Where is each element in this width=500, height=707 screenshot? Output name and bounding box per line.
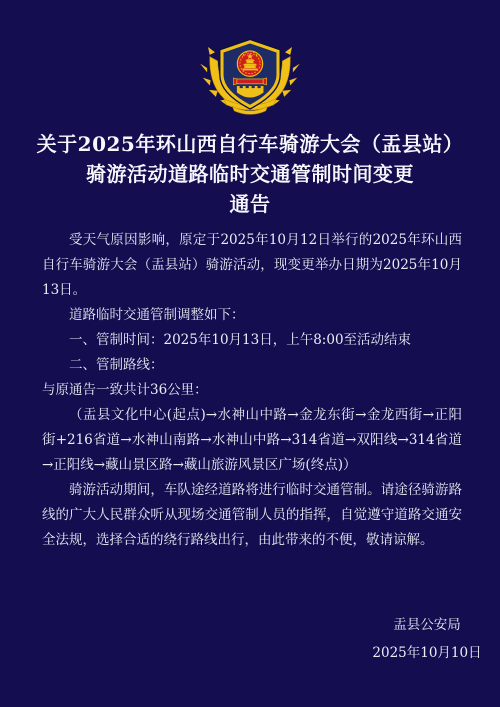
paragraph-route-detail: （盂县文化中心(起点)→水神山中路→金龙东街→金龙西街→正阳街+216省道→水神… [42, 403, 462, 478]
police-badge-svg [195, 33, 305, 117]
paragraph-adjustment-intro: 道路临时交通管制调整如下： [42, 303, 462, 328]
issuing-agency: 盂县公安局 [362, 611, 492, 639]
police-badge-icon [195, 33, 305, 117]
paragraph-apology: 骑游活动期间，车队途经道路将进行临时交通管制。请途径骑游路线的广大人民群众听从现… [42, 478, 462, 553]
title-line-3: 通告 [0, 189, 500, 219]
paragraph-change-announcement: 受天气原因影响，原定于2025年10月12日举行的2025年环山西自行车骑游大会… [42, 228, 462, 303]
title-line-2: 骑游活动道路临时交通管制时间变更 [0, 159, 500, 189]
notice-title: 关于2025年环山西自行车骑游大会（盂县站） 骑游活动道路临时交通管制时间变更 … [0, 129, 500, 219]
paragraph-control-route-heading: 二、管制路线： [42, 353, 462, 378]
paragraph-control-time: 一、管制时间：2025年10月13日，上午8:00至活动结束 [42, 328, 462, 353]
paragraph-route-length: 与原通告一致共计36公里： [42, 378, 462, 403]
notice-body: 受天气原因影响，原定于2025年10月12日举行的2025年环山西自行车骑游大会… [42, 228, 462, 553]
national-emblem [237, 51, 262, 76]
signature-block: 盂县公安局 2025年10月10日 [362, 611, 492, 667]
issue-date: 2025年10月10日 [362, 639, 492, 667]
title-line-1: 关于2025年环山西自行车骑游大会（盂县站） [0, 129, 500, 159]
notice-page: 关于2025年环山西自行车骑游大会（盂县站） 骑游活动道路临时交通管制时间变更 … [0, 0, 500, 707]
badge-banner [233, 78, 266, 85]
